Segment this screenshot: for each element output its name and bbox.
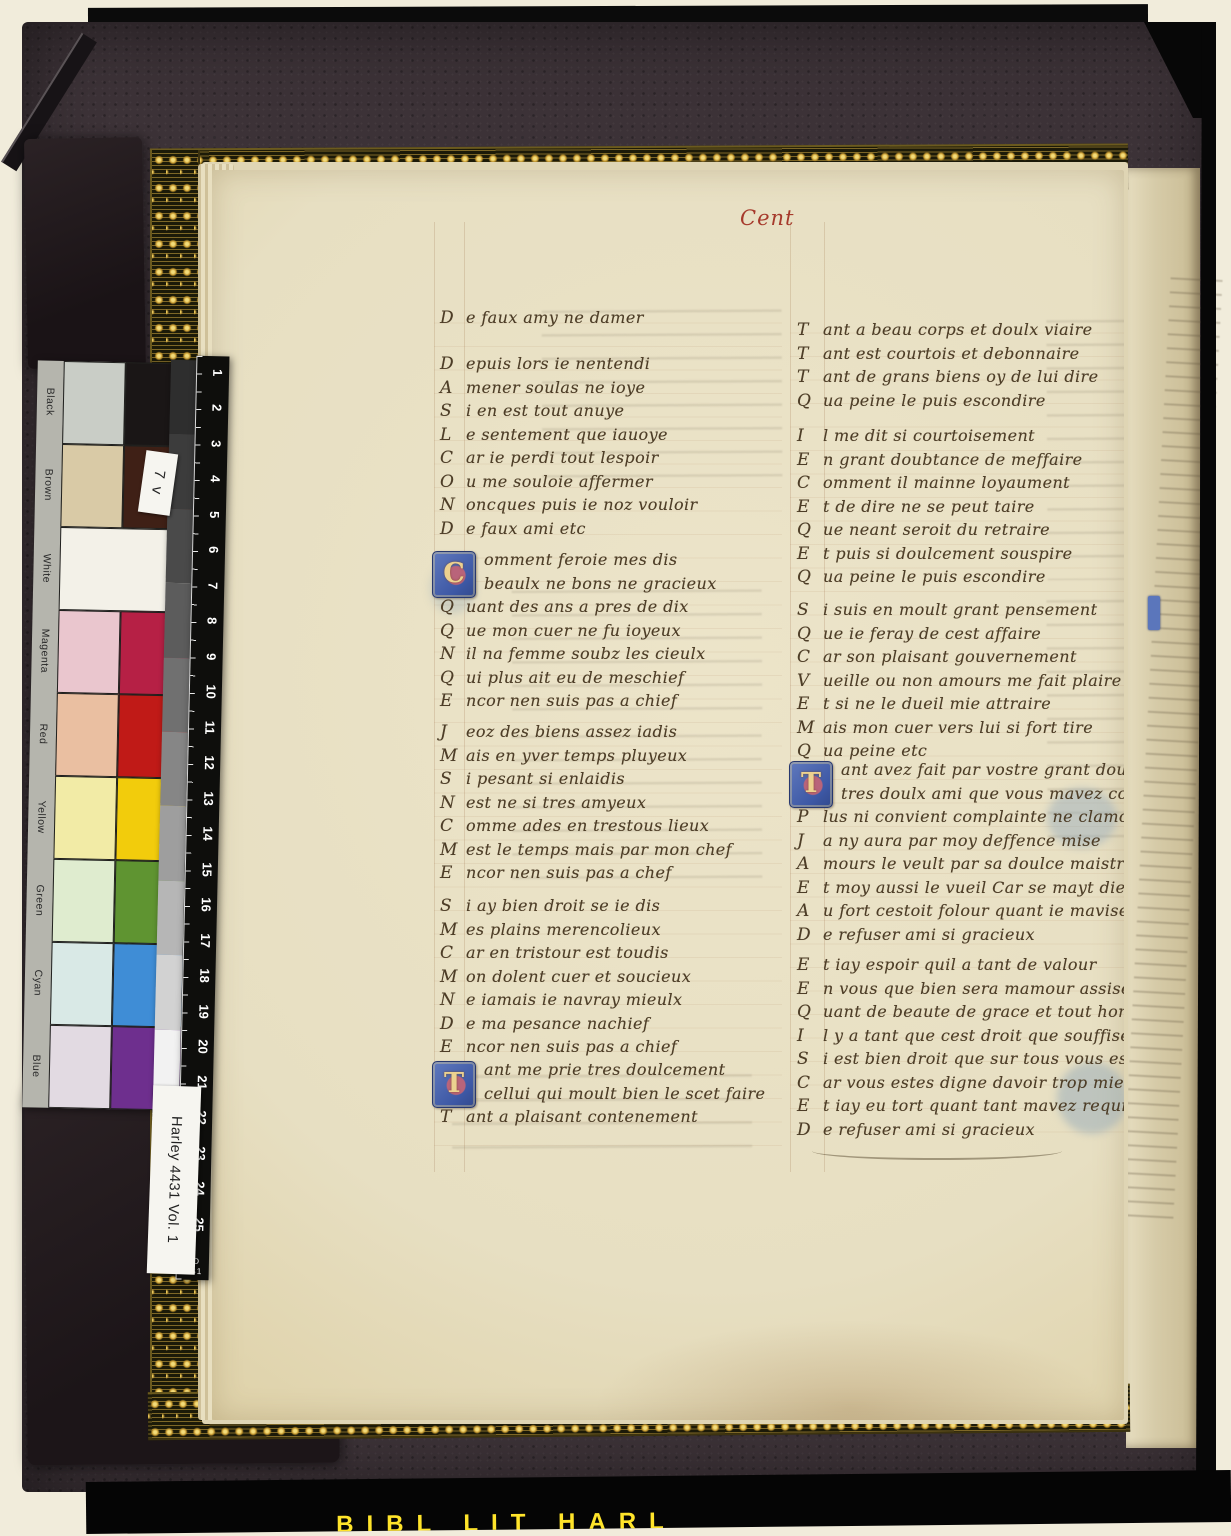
line-initial: M [797, 718, 823, 738]
ruler-number-2: 2 [209, 398, 225, 418]
color-patch-blue-pale [48, 1025, 112, 1109]
stanza: Tant me prie tres doulcementcellui qui m… [440, 1060, 765, 1131]
line-text: t iay espoir quil a tant de valour [823, 955, 1097, 974]
verse-line: Au fort cestoit folour quant ie mavise [797, 901, 1124, 925]
line-initial: E [440, 691, 466, 711]
line-text: ncor nen suis pas a chief [466, 691, 677, 710]
verse-line: Qua peine le puis escondire [797, 567, 1083, 591]
shelfmark-sticker: Harley 4431 Vol. 1 [147, 1085, 202, 1275]
ruler-number-text: 3 [209, 439, 224, 447]
line-initial: T [440, 1107, 466, 1127]
color-label-text: Cyan [32, 970, 45, 997]
ruler-number-1: 1 [210, 362, 226, 382]
line-text: e sentement que iauoye [466, 425, 668, 444]
ruler-number-11: 11 [202, 717, 218, 737]
line-text: ar ie perdi tout lespoir [466, 448, 659, 467]
grayscale-step-8 [157, 880, 185, 955]
ruler-number-text: 13 [201, 791, 216, 806]
verse-line: cellui qui moult bien le scet faire [440, 1084, 765, 1108]
line-text: omment il mainne loyaument [823, 473, 1070, 492]
line-text: ncor nen suis pas a chief [466, 1037, 677, 1056]
line-text: ant est courtois et debonnaire [823, 344, 1080, 363]
verse-line: Qui plus ait eu de meschief [440, 668, 717, 692]
verse-line: Et puis si doulcement souspire [797, 544, 1083, 568]
verse-line: Comme ades en trestous lieux [440, 816, 732, 840]
ruler-number-16: 16 [198, 894, 214, 914]
ruler-number-6: 6 [206, 540, 222, 560]
ruler-number-10: 10 [203, 681, 219, 701]
line-text: ar son plaisant gouvernement [823, 647, 1077, 666]
verse-line: ant avez fait par vostre grant doulcour [797, 760, 1124, 784]
ruler-number-text: 9 [204, 652, 219, 660]
grayscale-step-6 [160, 732, 188, 807]
verse-line: Le sentement que iauoye [440, 425, 698, 449]
verse-line: Et moy aussi le vueil Car se mayt dieux [797, 878, 1124, 902]
line-initial: T [797, 320, 823, 340]
color-patch-green-pale [52, 859, 116, 943]
line-text: u me souloie affermer [466, 472, 653, 491]
line-initial: E [440, 863, 466, 883]
verse-line: Vueille ou non amours me fait plaire [797, 671, 1122, 695]
line-initial: E [797, 1096, 823, 1116]
ruler-number-text: 12 [202, 755, 217, 770]
verse-line: Tant a beau corps et doulx viaire [797, 320, 1098, 344]
grayscale-step-3 [166, 509, 194, 584]
color-label-text: Black [44, 388, 57, 416]
verse-line: Amours le veult par sa doulce maistrise [797, 854, 1124, 878]
ruler-number-9: 9 [203, 646, 219, 666]
line-text: t iay eu tort quant tant mavez requise [823, 1096, 1124, 1115]
illuminated-initial: C [432, 551, 476, 598]
line-text: ar en tristour est toudis [466, 943, 669, 962]
ruler-number-text: 20 [195, 1039, 210, 1054]
verse-line: Ja ny aura par moy deffence mise [797, 831, 1124, 855]
line-text: ua peine etc [823, 741, 927, 760]
verse-line: Ne iamais ie navray mieulx [440, 990, 691, 1014]
line-initial: T [797, 344, 823, 364]
line-initial: S [797, 1049, 823, 1069]
line-text: tres doulx ami que vous mavez conquise [841, 784, 1124, 803]
line-text: oncques puis ie noz vouloir [466, 495, 698, 514]
line-initial: Q [797, 741, 823, 761]
line-text: uant de beaute de grace et tout honnour [823, 1002, 1124, 1021]
verse-line: Car son plaisant gouvernement [797, 647, 1122, 671]
color-patch-magenta-pale [57, 610, 121, 694]
line-initial: N [440, 644, 466, 664]
verse-line: Encor nen suis pas a chief [440, 1037, 691, 1061]
line-initial: Q [797, 1002, 823, 1022]
vellum-page: Cent De faux amy ne damerDepuis lors ie … [212, 170, 1124, 1420]
color-label-text: Green [33, 884, 46, 916]
pen-flourish [812, 1142, 1062, 1160]
ruler-number-text: 11 [202, 720, 217, 734]
line-initial: N [440, 793, 466, 813]
line-initial: E [797, 544, 823, 564]
ruler-number-text: 6 [207, 546, 222, 554]
grayscale-step-5 [162, 657, 190, 732]
ruler-number-text: 19 [196, 1004, 211, 1019]
verse-line: Et iay eu tort quant tant mavez requise [797, 1096, 1124, 1120]
verse-line: Nest ne si tres amyeux [440, 793, 732, 817]
line-text: i ay bien droit se ie dis [466, 896, 660, 915]
line-initial: D [440, 519, 466, 539]
line-text: ant a beau corps et doulx viaire [823, 320, 1093, 339]
verse-line: Encor nen suis pas a chef [440, 863, 732, 887]
stanza: Comment feroie mes disbeaulx ne bons ne … [440, 550, 717, 715]
illuminated-initial-letter: T [790, 762, 832, 806]
line-text: est ne si tres amyeux [466, 793, 646, 812]
adjacent-folio-edge [1126, 168, 1200, 1448]
color-label-yellow: Yellow [27, 775, 55, 859]
verse-line: Et iay espoir quil a tant de valour [797, 955, 1124, 979]
ruler-number-5: 5 [207, 504, 223, 524]
illuminated-initial-letter: T [433, 1062, 475, 1106]
verse-line: Tant a plaisant contenement [440, 1107, 765, 1131]
ruler-number-20: 20 [195, 1036, 211, 1056]
line-initial: E [797, 878, 823, 898]
line-initial: M [440, 840, 466, 860]
line-text: e iamais ie navray mieulx [466, 990, 682, 1009]
ruler-number-14: 14 [199, 823, 215, 843]
color-label-text: Magenta [38, 629, 51, 674]
line-text: t de dire ne se peut taire [823, 497, 1035, 516]
book-weight-top-left [24, 137, 146, 369]
line-text: ant me prie tres doulcement [484, 1060, 725, 1079]
color-label-text: White [40, 553, 53, 583]
verse-line: Si ay bien droit se ie dis [440, 896, 691, 920]
manuscript-photo: Cent De faux amy ne damerDepuis lors ie … [0, 0, 1231, 1536]
ruler-number-7: 7 [205, 575, 221, 595]
line-initial: C [797, 647, 823, 667]
line-initial: Q [440, 597, 466, 617]
line-text: ar vous estes digne davoir trop mieulx [823, 1073, 1124, 1092]
line-text: n grant doubtance de meffaire [823, 450, 1083, 469]
line-text: l me dit si courtoisement [823, 426, 1035, 445]
verse-line: Quant de beaute de grace et tout honnour [797, 1002, 1124, 1026]
shelfmark-label: Harley 4431 Vol. 1 [164, 1116, 184, 1244]
line-initial: C [797, 473, 823, 493]
line-text: beaulx ne bons ne gracieux [484, 574, 717, 593]
line-initial: D [440, 1014, 466, 1034]
line-text: ua peine le puis escondire [823, 391, 1046, 410]
line-text: e refuser ami si gracieux [823, 1120, 1035, 1139]
verse-line: Quant des ans a pres de dix [440, 597, 717, 621]
line-text: e ma pesance nachief [466, 1014, 649, 1033]
line-initial: M [440, 920, 466, 940]
ruler-number-text: 8 [205, 617, 220, 625]
ruler-number-19: 19 [195, 1001, 211, 1021]
line-text: t puis si doulcement souspire [823, 544, 1073, 563]
line-text: omme ades en trestous lieux [466, 816, 709, 835]
line-text: mener soulas ne ioye [466, 378, 645, 397]
line-initial: V [797, 671, 823, 691]
illuminated-initial: T [432, 1061, 476, 1108]
ruler-number-text: 2 [210, 404, 225, 412]
verse-line: Plus ni convient complainte ne clamour [797, 807, 1124, 831]
verse-line: Que mon cuer ne fu ioyeux [440, 621, 717, 645]
ruler-number-text: 10 [203, 684, 218, 699]
line-text: i suis en moult grant pensement [823, 600, 1097, 619]
verse-line: Qua peine le puis escondire [797, 391, 1098, 415]
rubric-heading: Cent [740, 206, 794, 230]
line-initial: Q [797, 520, 823, 540]
line-text: epuis lors ie nentendi [466, 354, 650, 373]
verse-line: Que neant seroit du retraire [797, 520, 1083, 544]
stanza: Tant avez fait par vostre grant doulcour… [797, 760, 1124, 948]
line-initial: E [440, 1037, 466, 1057]
verse-line: Car en tristour est toudis [440, 943, 691, 967]
color-label-text: Brown [42, 469, 55, 502]
ruler-number-text: 1 [211, 368, 226, 376]
line-initial: J [797, 831, 823, 851]
color-label-text: Red [37, 724, 49, 745]
line-initial: D [440, 354, 466, 374]
ruler-number-18: 18 [196, 965, 212, 985]
line-text: ua peine le puis escondire [823, 567, 1046, 586]
stanza: Si suis en moult grant pensementQue ie f… [797, 600, 1122, 765]
line-text: t si ne le dueil mie attraire [823, 694, 1051, 713]
line-initial: N [440, 495, 466, 515]
verse-line: Car ie perdi tout lespoir [440, 448, 698, 472]
color-label-magenta: Magenta [31, 609, 59, 693]
grayscale-step-1 [169, 360, 197, 435]
ruler-number-text: 14 [200, 826, 215, 841]
color-patch-cyan-pale [50, 942, 114, 1026]
color-patch-red-pale [55, 693, 119, 777]
verse-line: Amener soulas ne ioye [440, 378, 698, 402]
line-initial: S [440, 896, 466, 916]
line-initial: I [797, 426, 823, 446]
verse-line: Si est bien droit que sur tous vous esli… [797, 1049, 1124, 1073]
stanza: Depuis lors ie nentendiAmener soulas ne … [440, 354, 698, 542]
verse-line: Noncques puis ie noz vouloir [440, 495, 698, 519]
line-text: ui plus ait eu de meschief [466, 668, 684, 687]
line-initial: D [797, 925, 823, 945]
verse-line: Tant est courtois et debonnaire [797, 344, 1098, 368]
line-text: es plains merencolieux [466, 920, 661, 939]
line-initial: J [440, 722, 466, 742]
line-initial: E [797, 979, 823, 999]
verse-line: En vous que bien sera mamour assise [797, 979, 1124, 1003]
ruler-number-text: 5 [207, 510, 222, 518]
line-text: ant avez fait par vostre grant doulcour [841, 760, 1124, 779]
ruler-number-13: 13 [200, 788, 216, 808]
line-text: t moy aussi le vueil Car se mayt dieux [823, 878, 1124, 897]
ruler-number-text: 16 [198, 897, 213, 912]
ruler-number-12: 12 [201, 752, 217, 772]
line-text: ue mon cuer ne fu ioyeux [466, 621, 681, 640]
ruler-number-4: 4 [207, 469, 223, 489]
color-label-brown: Brown [34, 443, 62, 527]
ruler-number-8: 8 [204, 610, 220, 630]
verse-line: De ma pesance nachief [440, 1014, 691, 1038]
line-initial: C [440, 448, 466, 468]
line-text: il na femme soubz les cieulx [466, 644, 706, 663]
verse-line: Mais mon cuer vers lui si fort tire [797, 718, 1122, 742]
line-text: e refuser ami si gracieux [823, 925, 1035, 944]
line-text: cellui qui moult bien le scet faire [484, 1084, 765, 1103]
line-text: on dolent cuer et soucieux [466, 967, 691, 986]
line-initial: Q [797, 391, 823, 411]
line-initial: T [797, 367, 823, 387]
line-initial: C [440, 943, 466, 963]
line-text: l y a tant que cest droit que souffise [823, 1026, 1124, 1045]
line-text: lus ni convient complainte ne clamour [823, 807, 1124, 826]
line-initial: C [440, 816, 466, 836]
color-patch-brown-pale [60, 444, 124, 528]
ruler-number-text: 7 [206, 581, 221, 589]
line-text: ais mon cuer vers lui si fort tire [823, 718, 1093, 737]
stanza: Il me dit si courtoisementEn grant doubt… [797, 426, 1083, 591]
color-patch-black-pale [62, 361, 126, 445]
color-label-green: Green [26, 858, 54, 942]
verse-line: tres doulx ami que vous mavez conquise [797, 784, 1124, 808]
line-initial: S [440, 769, 466, 789]
ruler-number-3: 3 [208, 433, 224, 453]
ruler-number-text: 18 [197, 968, 212, 983]
line-initial: D [797, 1120, 823, 1140]
verse-line: Si pesant si enlaidis [440, 769, 732, 793]
verse-line: Mais en yver temps pluyeux [440, 746, 732, 770]
color-patch-yellow-pale [53, 776, 117, 860]
line-text: ue ie feray de cest affaire [823, 624, 1041, 643]
verse-line: Comment il mainne loyaument [797, 473, 1083, 497]
line-text: ant a plaisant contenement [466, 1107, 698, 1126]
ruler-number-text: 4 [208, 475, 223, 483]
line-initial: S [797, 600, 823, 620]
line-initial: A [797, 854, 823, 874]
verse-line: Il y a tant que cest droit que souffise [797, 1026, 1124, 1050]
stanza: Si ay bien droit se ie disMes plains mer… [440, 896, 691, 1061]
line-initial: E [797, 497, 823, 517]
line-initial: P [797, 807, 823, 827]
line-initial: E [797, 450, 823, 470]
verse-line: Ou me souloie affermer [440, 472, 698, 496]
folio-number-label: 7 v [148, 469, 168, 497]
line-initial: Q [440, 668, 466, 688]
line-initial: L [440, 425, 466, 445]
line-text: i pesant si enlaidis [466, 769, 625, 788]
grayscale-step-7 [158, 806, 186, 881]
verse-line: omment feroie mes dis [440, 550, 717, 574]
line-initial: Q [440, 621, 466, 641]
verse-line: De faux ami etc [440, 519, 698, 543]
color-label-red: Red [29, 692, 57, 776]
clipped-yellow-caption: BIBL LIT HARL [336, 1508, 677, 1534]
verse-line: Nil na femme soubz les cieulx [440, 644, 717, 668]
grayscale-step-9 [155, 955, 183, 1030]
line-initial: N [440, 990, 466, 1010]
stanza: Tant a beau corps et doulx viaireTant es… [797, 320, 1098, 414]
line-text: i est bien droit que sur tous vous eslis… [823, 1049, 1124, 1068]
verse-line: Il me dit si courtoisement [797, 426, 1083, 450]
line-initial: M [440, 746, 466, 766]
verse-line: Que ie feray de cest affaire [797, 624, 1122, 648]
verse-line: En grant doubtance de meffaire [797, 450, 1083, 474]
verse-line: Jeoz des biens assez iadis [440, 722, 732, 746]
photo-edge-bottom: BIBL LIT HARL [86, 1470, 1231, 1534]
verse-line: Mes plains merencolieux [440, 920, 691, 944]
line-initial: A [440, 378, 466, 398]
line-initial: M [440, 967, 466, 987]
stanza: Jeoz des biens assez iadisMais en yver t… [440, 722, 732, 887]
line-initial: A [797, 901, 823, 921]
illuminated-initial: T [789, 761, 833, 808]
verse-line: De refuser ami si gracieux [797, 1120, 1124, 1144]
line-initial: E [797, 694, 823, 714]
verse-line: Et de dire ne se peut taire [797, 497, 1083, 521]
ruler-number-15: 15 [199, 859, 215, 879]
line-text: ue neant seroit du retraire [823, 520, 1050, 539]
line-initial: O [440, 472, 466, 492]
ruler-number-text: 17 [198, 933, 213, 948]
verse-line: ant me prie tres doulcement [440, 1060, 765, 1084]
verse-line: Encor nen suis pas a chief [440, 691, 717, 715]
color-label-cyan: Cyan [24, 941, 52, 1025]
verse-line: Mon dolent cuer et soucieux [440, 967, 691, 991]
line-initial: D [440, 308, 466, 328]
verse-line: Tant de grans biens oy de lui dire [797, 367, 1098, 391]
line-initial: S [440, 401, 466, 421]
line-text: mours le veult par sa doulce maistrise [823, 854, 1124, 873]
line-text: i en est tout anuye [466, 401, 624, 420]
line-initial: I [797, 1026, 823, 1046]
color-label-text: Yellow [35, 800, 48, 833]
line-text: n vous que bien sera mamour assise [823, 979, 1124, 998]
color-label-text: Blue [30, 1054, 42, 1077]
verse-line: Mest le temps mais par mon chef [440, 840, 732, 864]
line-text: ais en yver temps pluyeux [466, 746, 687, 765]
verse-line: De refuser ami si gracieux [797, 925, 1124, 949]
line-initial: E [797, 955, 823, 975]
line-text: est le temps mais par mon chef [466, 840, 732, 859]
ruler-number-17: 17 [197, 930, 213, 950]
line-text: e faux amy ne damer [466, 308, 644, 327]
verse-line: Si en est tout anuye [440, 401, 698, 425]
line-text: a ny aura par moy deffence mise [823, 831, 1101, 850]
verse-line: beaulx ne bons ne gracieux [440, 574, 717, 598]
verse-line: Si suis en moult grant pensement [797, 600, 1122, 624]
line-initial: Q [797, 624, 823, 644]
color-label-white: White [33, 526, 61, 610]
illuminated-initial-letter: C [433, 552, 475, 596]
line-text: ueille ou non amours me fait plaire [823, 671, 1122, 690]
line-text: u fort cestoit folour quant ie mavise [823, 901, 1124, 920]
verse-line: Depuis lors ie nentendi [440, 354, 698, 378]
adjacent-folio-initial [1148, 596, 1160, 630]
verse-line: Car vous estes digne davoir trop mieulx [797, 1073, 1124, 1097]
verse-line: De faux amy ne damer [440, 308, 644, 332]
line-text: eoz des biens assez iadis [466, 722, 677, 741]
line-text: ant de grans biens oy de lui dire [823, 367, 1098, 386]
ruler-number-text: 15 [199, 862, 214, 877]
verse-line: Et si ne le dueil mie attraire [797, 694, 1122, 718]
color-label-blue: Blue [22, 1024, 50, 1108]
stanza: Et iay espoir quil a tant de valourEn vo… [797, 955, 1124, 1143]
line-text: ncor nen suis pas a chef [466, 863, 672, 882]
line-initial: Q [797, 567, 823, 587]
line-initial: C [797, 1073, 823, 1093]
grayscale-step-4 [164, 583, 192, 658]
line-text: uant des ans a pres de dix [466, 597, 689, 616]
line-text: omment feroie mes dis [484, 550, 678, 569]
line-text: e faux ami etc [466, 519, 586, 538]
color-label-black: Black [36, 360, 64, 444]
stanza: De faux amy ne damer [440, 308, 644, 332]
